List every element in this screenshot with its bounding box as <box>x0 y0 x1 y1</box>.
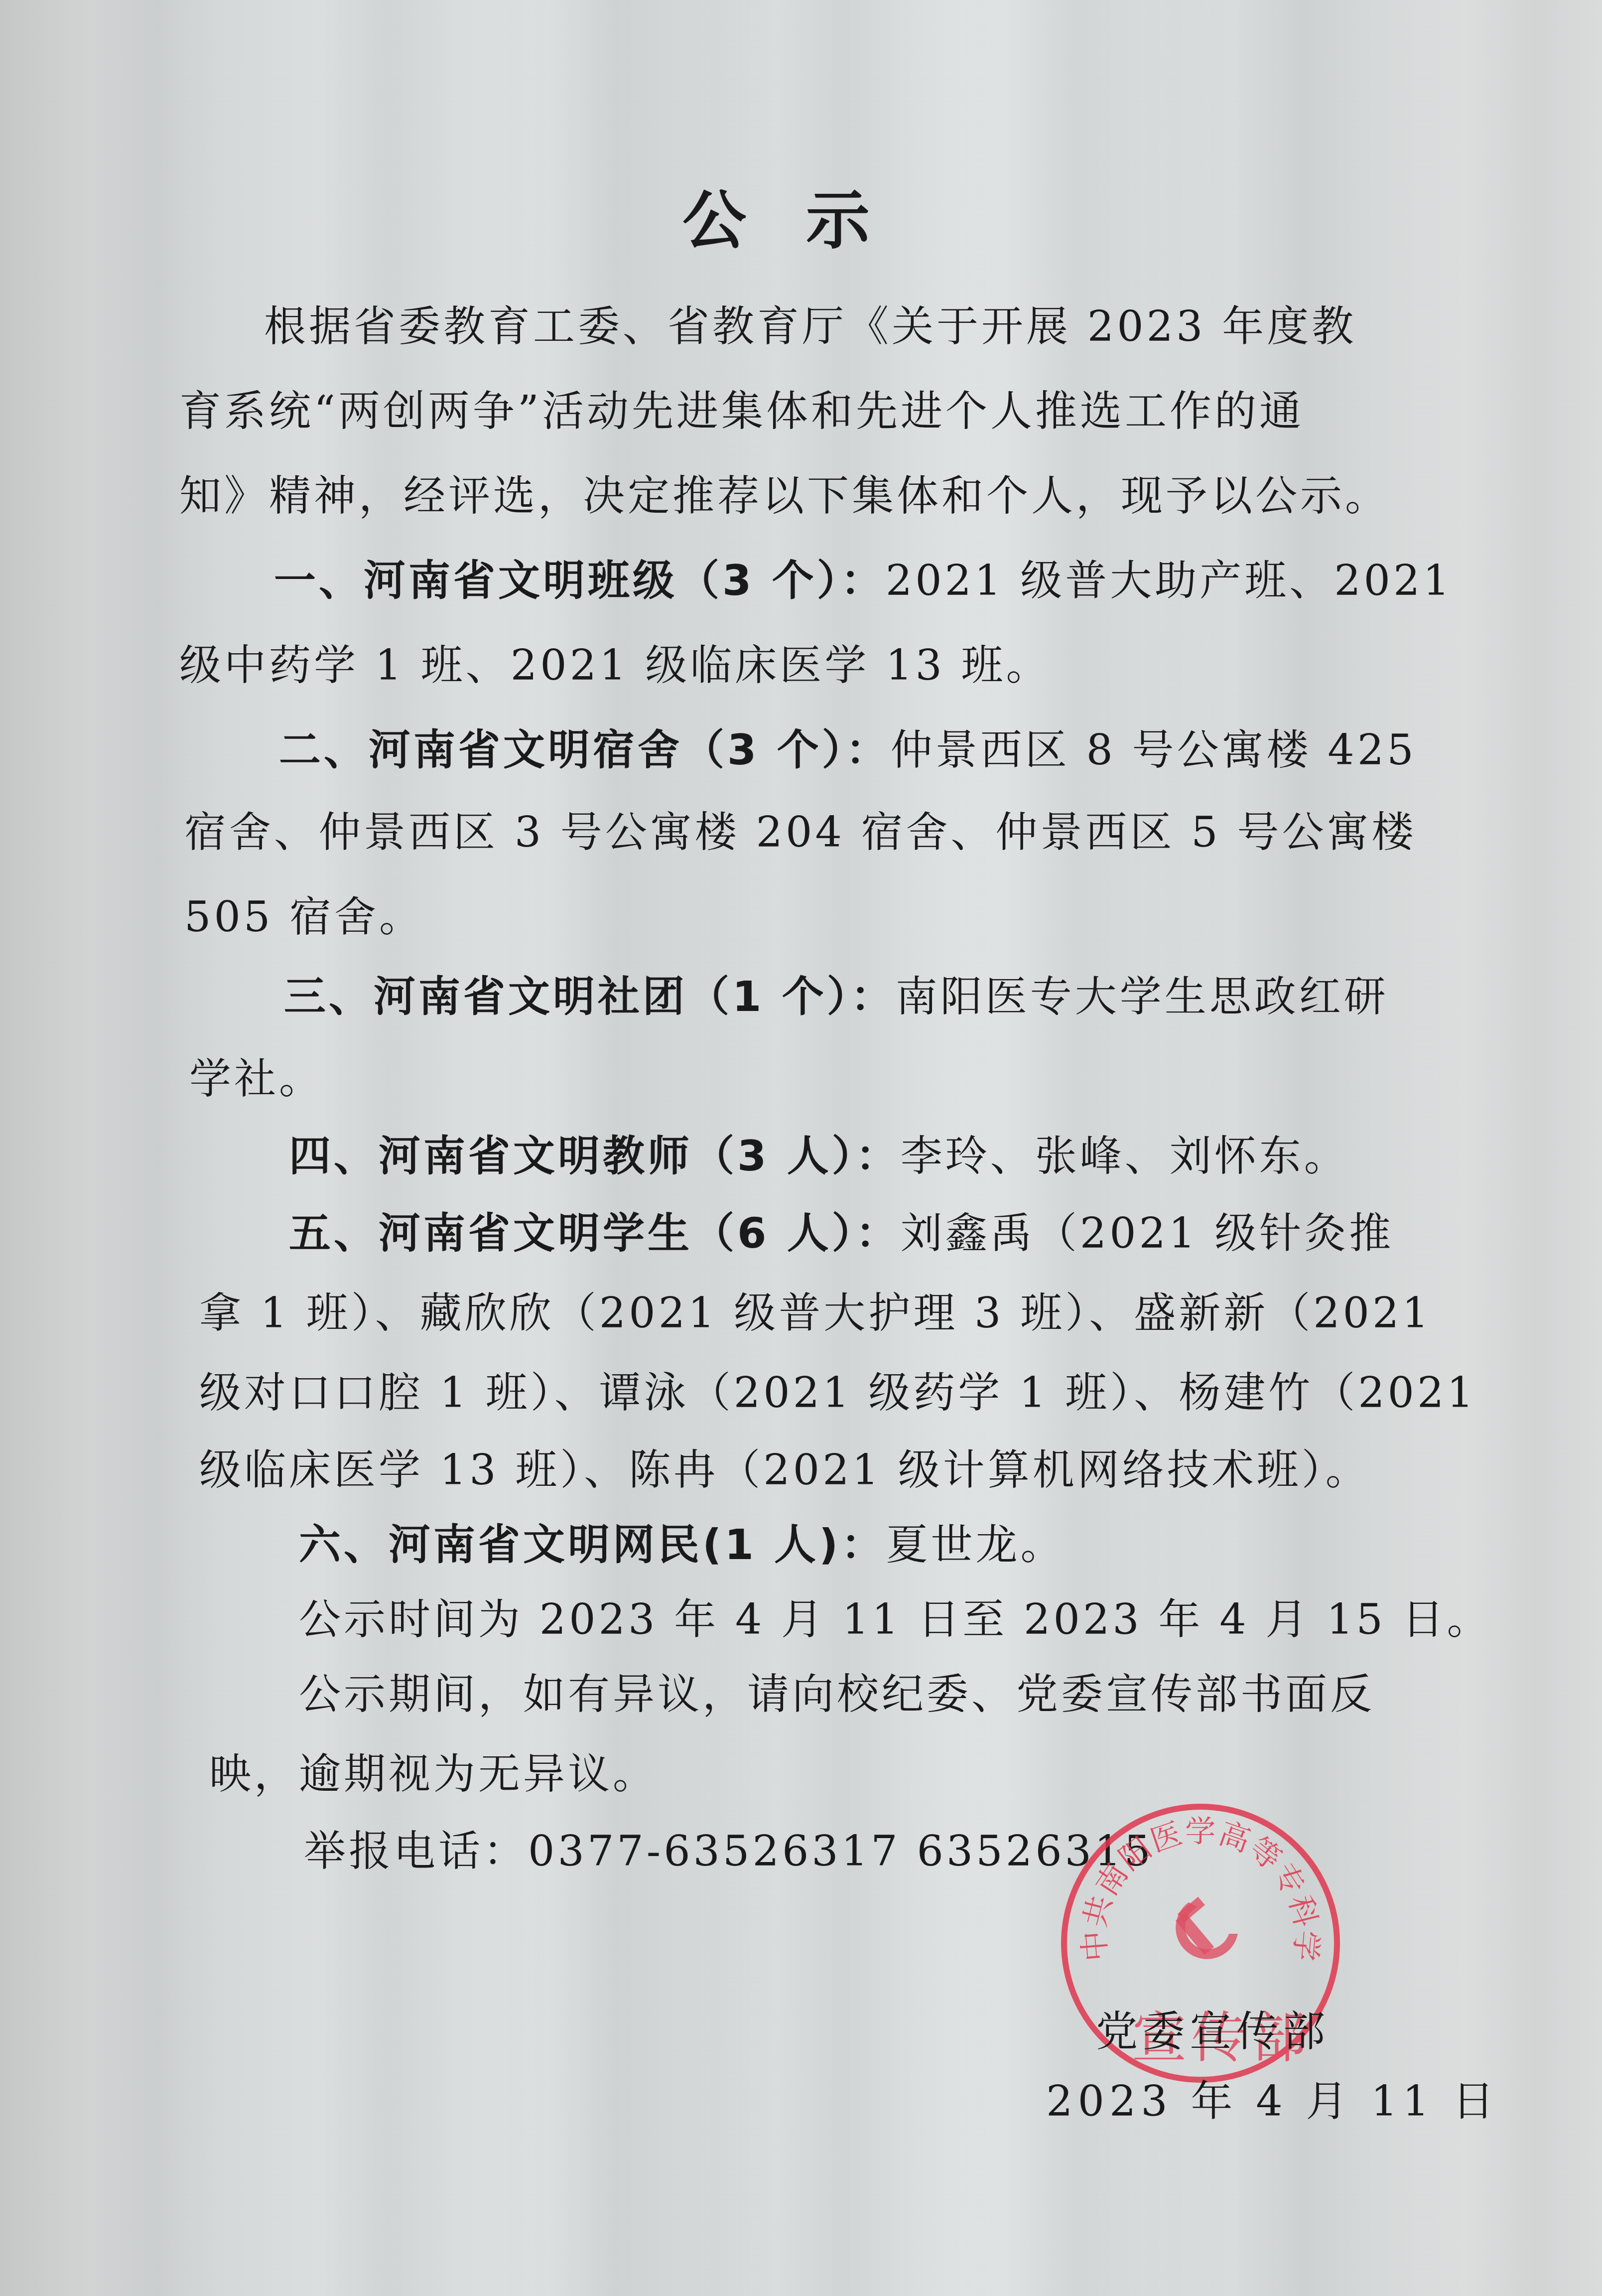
section-1-heading: 一、河南省文明班级（3 个）： <box>274 556 886 605</box>
section-4: 四、河南省文明教师（3 人）：李玲、张峰、刘怀东。 <box>289 1129 1349 1183</box>
section-4-heading: 四、河南省文明教师（3 人）： <box>289 1132 901 1180</box>
section-6-text: 夏世龙。 <box>886 1520 1065 1569</box>
publicity-period: 公示时间为 2023 年 4 月 11 日至 2023 年 4 月 15 日。 <box>299 1592 1492 1647</box>
section-2-line-3: 505 宿舍。 <box>184 889 424 944</box>
section-1-line-2: 级中药学 1 班、2021 级临床医学 13 班。 <box>179 638 1051 693</box>
issuer-signature: 党委宣传部 <box>1096 1998 1330 2058</box>
section-5: 五、河南省文明学生（6 人）：刘鑫禹（2021 级针灸推 <box>289 1206 1394 1261</box>
section-2-line-2: 宿舍、仲景西区 3 号公寓楼 204 宿舍、仲景西区 5 号公寓楼 <box>184 805 1416 860</box>
issue-date: 2023 年 4 月 11 日 <box>1046 2068 1499 2128</box>
section-5-line-4: 级临床医学 13 班）、陈冉（2021 级计算机网络技术班）。 <box>199 1442 1370 1497</box>
section-3-heading: 三、河南省文明社团（1 个）： <box>284 972 896 1021</box>
section-1: 一、河南省文明班级（3 个）：2021 级普大助产班、2021 <box>274 553 1453 608</box>
objection-line-2: 映，逾期视为无异议。 <box>209 1746 658 1801</box>
section-5-line-2: 拿 1 班）、藏欣欣（2021 级普大护理 3 班）、盛新新（2021 <box>199 1286 1432 1340</box>
intro-line-1: 根据省委教育工委、省教育厅《关于开展 2023 年度教 <box>264 299 1356 354</box>
section-4-text: 李玲、张峰、刘怀东。 <box>901 1132 1349 1180</box>
document-title: 公示 <box>682 169 930 261</box>
section-2: 二、河南省文明宿舍（3 个）：仲景西区 8 号公寓楼 425 <box>279 722 1417 777</box>
section-2-text: 仲景西区 8 号公寓楼 425 <box>891 725 1417 774</box>
section-3-line-2: 学社。 <box>189 1051 324 1106</box>
section-5-heading: 五、河南省文明学生（6 人）： <box>289 1209 901 1258</box>
section-5-text: 刘鑫禹（2021 级针灸推 <box>901 1209 1394 1258</box>
section-6: 六、河南省文明网民(1 人)：夏世龙。 <box>299 1517 1066 1572</box>
section-2-heading: 二、河南省文明宿舍（3 个）： <box>279 725 891 774</box>
objection-line-1: 公示期间，如有异议，请向校纪委、党委宣传部书面反 <box>299 1667 1375 1722</box>
section-3: 三、河南省文明社团（1 个）：南阳医专大学生思政红研 <box>284 969 1389 1024</box>
intro-line-2: 育系统“两创两争”活动先进集体和先进个人推选工作的通 <box>179 384 1304 438</box>
section-6-heading: 六、河南省文明网民(1 人)： <box>299 1520 886 1569</box>
intro-line-3: 知》精神，经评选，决定推荐以下集体和个人，现予以公示。 <box>179 468 1390 523</box>
section-1-text: 2021 级普大助产班、2021 <box>886 556 1453 605</box>
report-hotline: 举报电话：0377-63526317 63526315 <box>304 1824 1154 1878</box>
section-3-text: 南阳医专大学生思政红研 <box>896 972 1389 1021</box>
hammer-sickle-icon <box>1162 1884 1251 1974</box>
section-5-line-3: 级对口口腔 1 班）、谭泳（2021 级药学 1 班）、杨建竹（2021 <box>199 1365 1476 1420</box>
